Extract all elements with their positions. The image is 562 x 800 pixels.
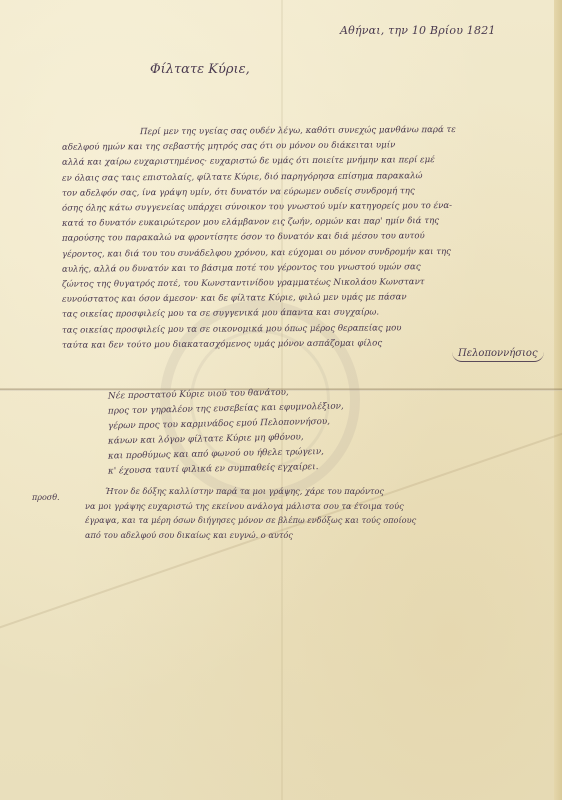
letter-body: Περί μεν της υγείας σας ουδέν λέγω, καθό… bbox=[62, 124, 552, 352]
postscript-line: από του αδελφού σου δικαίως και ευγνώ. ο… bbox=[85, 528, 555, 543]
postscript-line: Ήτον δε δόξης καλλίστην παρά τα μοι γράψ… bbox=[85, 484, 555, 499]
paper-edge bbox=[554, 0, 562, 800]
postscript-line: να μοι γράψης ευχαριστώ της εκείνου ανάλ… bbox=[85, 499, 555, 514]
postscript-line: έγραψα, και τα μέρη όσων διήγησες μόνον … bbox=[85, 513, 555, 528]
letter-salutation: Φίλτατε Κύριε, bbox=[150, 62, 250, 77]
margin-note: προσθ. bbox=[32, 493, 60, 502]
poem-block: Νέε προστατού Κύριε υιού του θανάτου, πρ… bbox=[108, 387, 344, 477]
letter-dateline: Αθήναι, την 10 Βρίου 1821 bbox=[340, 24, 496, 37]
postscript: Ήτον δε δόξης καλλίστην παρά τα μοι γράψ… bbox=[85, 484, 555, 542]
letter-signature: Πελοποννήσιος bbox=[452, 346, 544, 362]
